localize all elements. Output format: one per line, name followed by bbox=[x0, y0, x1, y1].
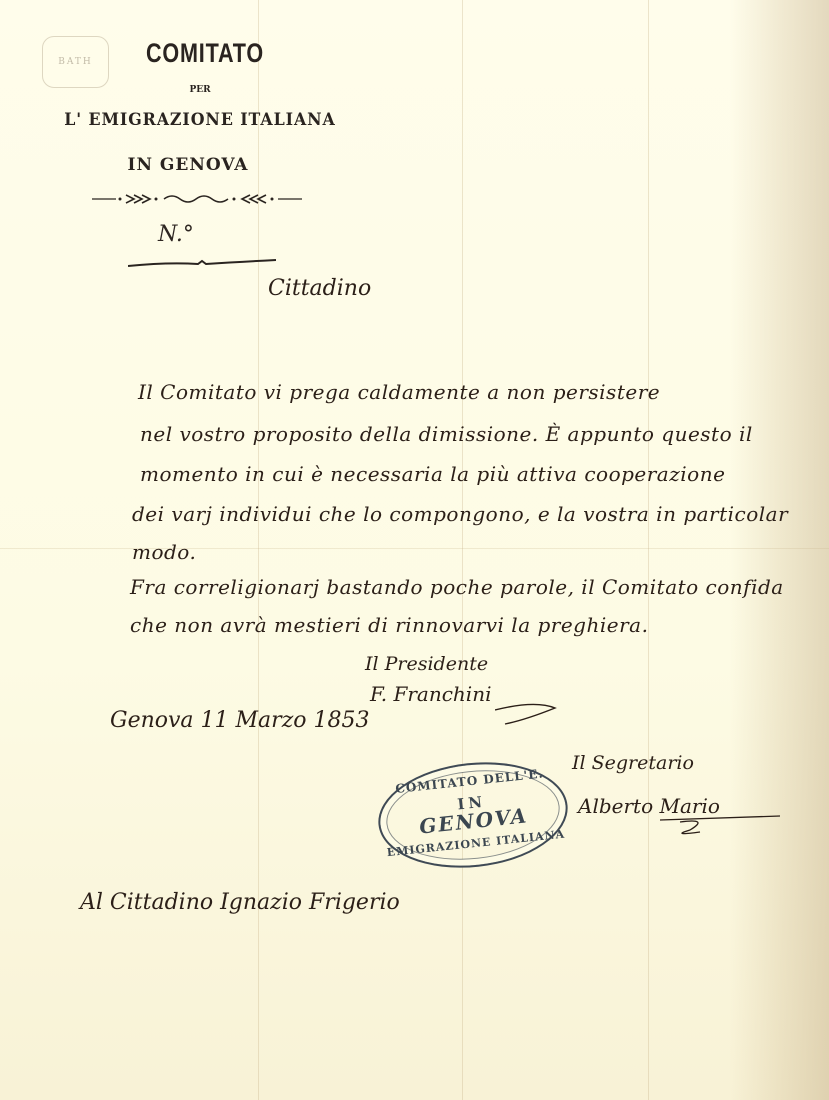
addressee: Al Cittadino Ignazio Frigerio bbox=[80, 890, 400, 915]
signature-flourish-icon bbox=[660, 808, 785, 838]
letterhead-title: COMITATO bbox=[45, 38, 365, 69]
president-name: F. Franchini bbox=[370, 682, 491, 706]
body-line: modo. bbox=[132, 540, 196, 564]
ornament-divider-icon bbox=[92, 193, 302, 205]
letterhead-city: IN GENOVA bbox=[0, 155, 388, 175]
body-line: Il Comitato vi prega caldamente a non pe… bbox=[138, 380, 660, 404]
date-line: Genova 11 Marzo 1853 bbox=[110, 708, 370, 733]
body-line: che non avrà mestieri di rinnovarvi la p… bbox=[130, 613, 648, 637]
fold-crease bbox=[648, 0, 649, 1100]
body-line: dei varj individui che lo compongono, e … bbox=[132, 502, 788, 526]
body-line: momento in cui è necessaria la più attiv… bbox=[140, 462, 725, 486]
number-label: N.° bbox=[158, 222, 194, 247]
secretary-title: Il Segretario bbox=[572, 752, 694, 774]
body-line: Fra correligionarj bastando poche parole… bbox=[130, 575, 784, 599]
fold-crease bbox=[462, 0, 463, 1100]
fold-crease bbox=[0, 548, 829, 549]
letterhead-organization: L' EMIGRAZIONE ITALIANA bbox=[14, 110, 386, 130]
body-line: nel vostro proposito della dimissione. È… bbox=[140, 422, 753, 446]
swash-underline-icon bbox=[128, 258, 276, 270]
salutation: Cittadino bbox=[268, 276, 371, 301]
signature-flourish-icon bbox=[495, 690, 565, 730]
letterhead-per: PER bbox=[0, 85, 400, 95]
president-title: Il Presidente bbox=[365, 653, 488, 675]
